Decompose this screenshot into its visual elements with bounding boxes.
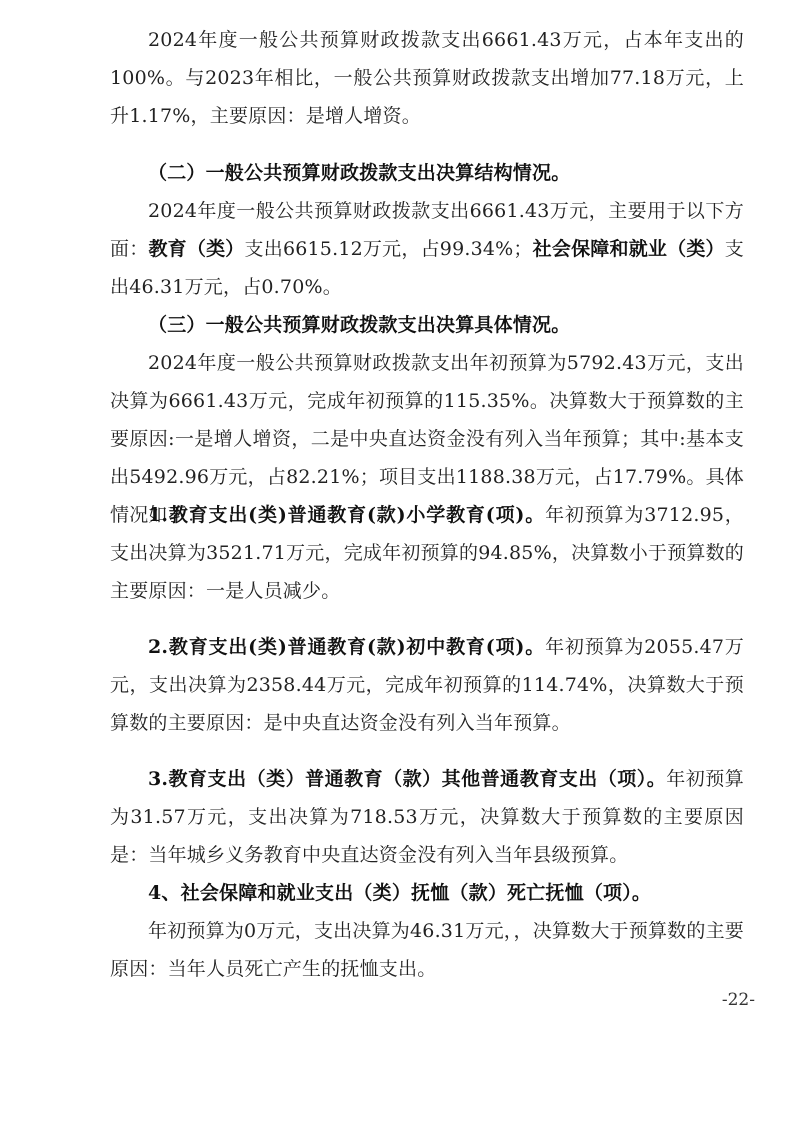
- paragraph-text: 2024年度一般公共预算财政拨款支出6661.43万元，占本年支出的100%。与…: [110, 29, 744, 127]
- heading-text: （二）一般公共预算财政拨款支出决算结构情况。: [148, 162, 570, 184]
- item-title: 2.教育支出(类)普通教育(款)初中教育(项)。: [148, 636, 545, 658]
- category-social-security-label: 社会保障和就业（类）: [533, 238, 725, 260]
- item-primary-education: 1.教育支出(类)普通教育(款)小学教育(项)。年初预算为3712.95，支出决…: [110, 496, 744, 610]
- paragraph-text: 支出6615.12万元，占99.34%；: [245, 238, 533, 260]
- heading-text: （三）一般公共预算财政拨款支出决算具体情况。: [148, 314, 570, 336]
- document-page: 2024年度一般公共预算财政拨款支出6661.43万元，占本年支出的100%。与…: [0, 0, 793, 1122]
- item-body: 年初预算为0万元，支出决算为46.31万元，，决算数大于预算数的主要原因：当年人…: [110, 920, 744, 980]
- paragraph-structure: 2024年度一般公共预算财政拨款支出6661.43万元，主要用于以下方面：教育（…: [110, 192, 744, 306]
- section-heading-details: （三）一般公共预算财政拨款支出决算具体情况。: [110, 306, 744, 344]
- page-number: -22-: [722, 990, 755, 1010]
- item-other-education: 3.教育支出（类）普通教育（款）其他普通教育支出（项）。年初预算为31.57万元…: [110, 760, 744, 874]
- item-death-pension-body: 年初预算为0万元，支出决算为46.31万元，，决算数大于预算数的主要原因：当年人…: [110, 912, 744, 988]
- item-title: 1.教育支出(类)普通教育(款)小学教育(项)。: [148, 504, 545, 526]
- category-education-label: 教育（类）: [148, 238, 244, 260]
- section-heading-structure: （二）一般公共预算财政拨款支出决算结构情况。: [110, 154, 744, 192]
- item-title: 3.教育支出（类）普通教育（款）其他普通教育支出（项）。: [148, 768, 666, 790]
- item-title: 4、社会保障和就业支出（类）抚恤（款）死亡抚恤（项）。: [148, 882, 651, 904]
- item-death-pension-heading: 4、社会保障和就业支出（类）抚恤（款）死亡抚恤（项）。: [110, 874, 744, 912]
- paragraph-expenditure-summary: 2024年度一般公共预算财政拨款支出6661.43万元，占本年支出的100%。与…: [110, 21, 744, 135]
- item-junior-education: 2.教育支出(类)普通教育(款)初中教育(项)。年初预算为2055.47万元，支…: [110, 628, 744, 742]
